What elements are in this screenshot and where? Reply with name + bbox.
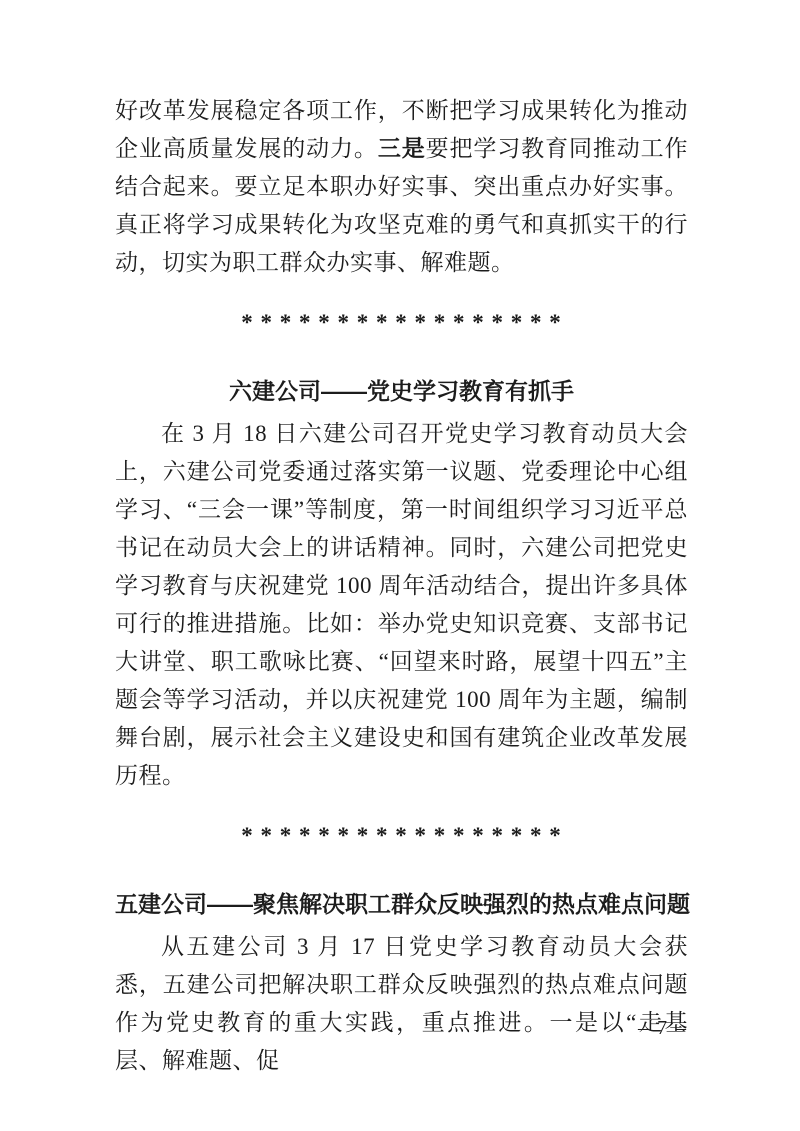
page-number: – 7 – (638, 1014, 688, 1042)
continuation-text-bold: 三是 (378, 136, 426, 161)
document-page: 好改革发展稳定各项工作，不断把学习成果转化为推动企业高质量发展的动力。三是要把学… (0, 0, 800, 1131)
section-title-wujian: 五建公司——聚焦解决职工群众反映强烈的热点难点问题 (115, 885, 688, 923)
stars-separator-2: * * * * * * * * * * * * * * * * * (115, 817, 688, 855)
document-content: 好改革发展稳定各项工作，不断把学习成果转化为推动企业高质量发展的动力。三是要把学… (115, 92, 688, 1080)
section-paragraph-liujian: 在 3 月 18 日六建公司召开党史学习教育动员大会上，六建公司党委通过落实第一… (115, 415, 688, 795)
stars-separator-1: * * * * * * * * * * * * * * * * * (115, 304, 688, 342)
continuation-paragraph: 好改革发展稳定各项工作，不断把学习成果转化为推动企业高质量发展的动力。三是要把学… (115, 92, 688, 282)
section-title-liujian: 六建公司——党史学习教育有抓手 (115, 372, 688, 410)
section-paragraph-wujian: 从五建公司 3 月 17 日党史学习教育动员大会获悉，五建公司把解决职工群众反映… (115, 928, 688, 1080)
